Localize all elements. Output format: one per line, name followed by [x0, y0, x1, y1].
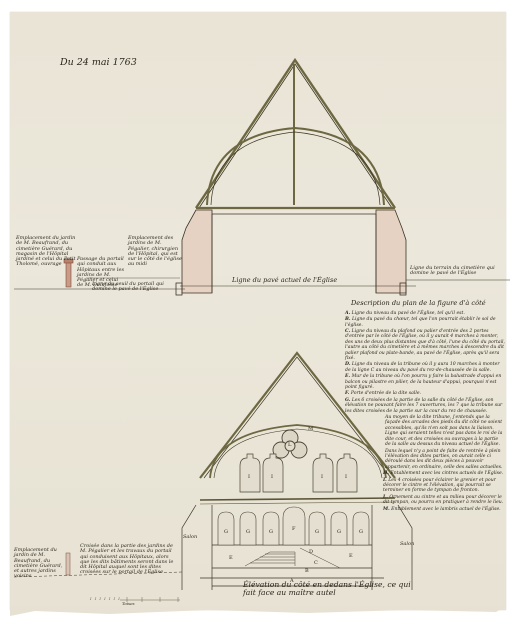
drawing-date: Du 24 mai 1763: [60, 58, 137, 68]
description-item: C. Ligne du niveau du plafond ou palier …: [345, 329, 505, 361]
description-title: Description du plan de la figure d'à côt…: [345, 300, 505, 308]
letter-G: G: [315, 530, 319, 535]
letter-I: I: [248, 475, 250, 480]
description-item: I. Les 4 croisées pour éclairer le greni…: [345, 478, 505, 494]
elevation-caption: Élévation du côté en dedans l'Église, ce…: [243, 581, 413, 597]
letter-E: E: [349, 554, 353, 559]
description-item: H. Entablement avec les cintres actuels …: [345, 471, 505, 476]
label-left-salon: Salon: [183, 535, 197, 540]
letter-M: M: [308, 427, 313, 432]
description-item: L. Ornement au cintre et au milieu pour …: [345, 495, 505, 506]
letter-C: C: [314, 561, 318, 566]
description-item: A. Ligne du niveau du pavé de l'Église, …: [345, 311, 505, 316]
description-item: G. Les 6 croisées de la partie de la sal…: [345, 398, 505, 414]
letter-I: I: [271, 475, 273, 480]
letter-B: B: [305, 569, 309, 574]
letter-I: I: [345, 475, 347, 480]
label-garden-right-upper: Emplacement des jardins de M. Pégalier, …: [128, 236, 183, 268]
letter-L: L: [288, 443, 291, 448]
label-right-salon: Salon: [400, 542, 414, 547]
label-floor-line: Ligne du pavé actuel de l'Église: [232, 277, 352, 284]
description-item: Dans lequel n'y a point de faite de rent…: [345, 449, 505, 471]
description-item: Au moyen de la dite tribune, j'entends q…: [345, 415, 505, 447]
letter-G: G: [269, 530, 273, 535]
description-item: E. Mur de la tribune où l'on pourra y fa…: [345, 374, 505, 390]
stairs: [245, 548, 340, 568]
letter-F: F: [292, 527, 295, 532]
scale-label: Toises: [122, 602, 135, 606]
scale-ticks: I I I I I I I: [90, 597, 121, 601]
letter-D: D: [309, 550, 313, 555]
label-cemetery-line: Ligne du terrain du cimetière qui domine…: [410, 266, 505, 277]
letter-G: G: [337, 530, 341, 535]
upper-windows: [240, 454, 357, 492]
label-garden-left-lower: Emplacement du jardin de M. Beaufrand, d…: [14, 548, 68, 580]
label-threshold-line: Ligne du seuil du portail qui domine le …: [92, 282, 177, 293]
description-item: B. Ligne du pavé du chœur, tel que l'on …: [345, 317, 505, 328]
description-item: M. Entablement avec le lambris actuel de…: [345, 507, 505, 512]
letter-G: G: [359, 530, 363, 535]
label-garden-right-lower: Croisée dans la partie des jardins de M.…: [80, 544, 178, 576]
upper-roof-truss: [196, 60, 395, 208]
description-item: F. Porte d'entrée de la dite salle.: [345, 391, 505, 396]
label-garden-left-upper: Emplacement du jardin de M. Beaufrand, d…: [16, 236, 76, 268]
description-panel: Description du plan de la figure d'à côt…: [345, 300, 505, 513]
description-item: D. Ligne du niveau de la tribune où il y…: [345, 362, 505, 373]
letter-G: G: [224, 530, 228, 535]
letter-E: E: [229, 556, 233, 561]
letter-G: G: [246, 530, 250, 535]
letter-I: I: [321, 475, 323, 480]
